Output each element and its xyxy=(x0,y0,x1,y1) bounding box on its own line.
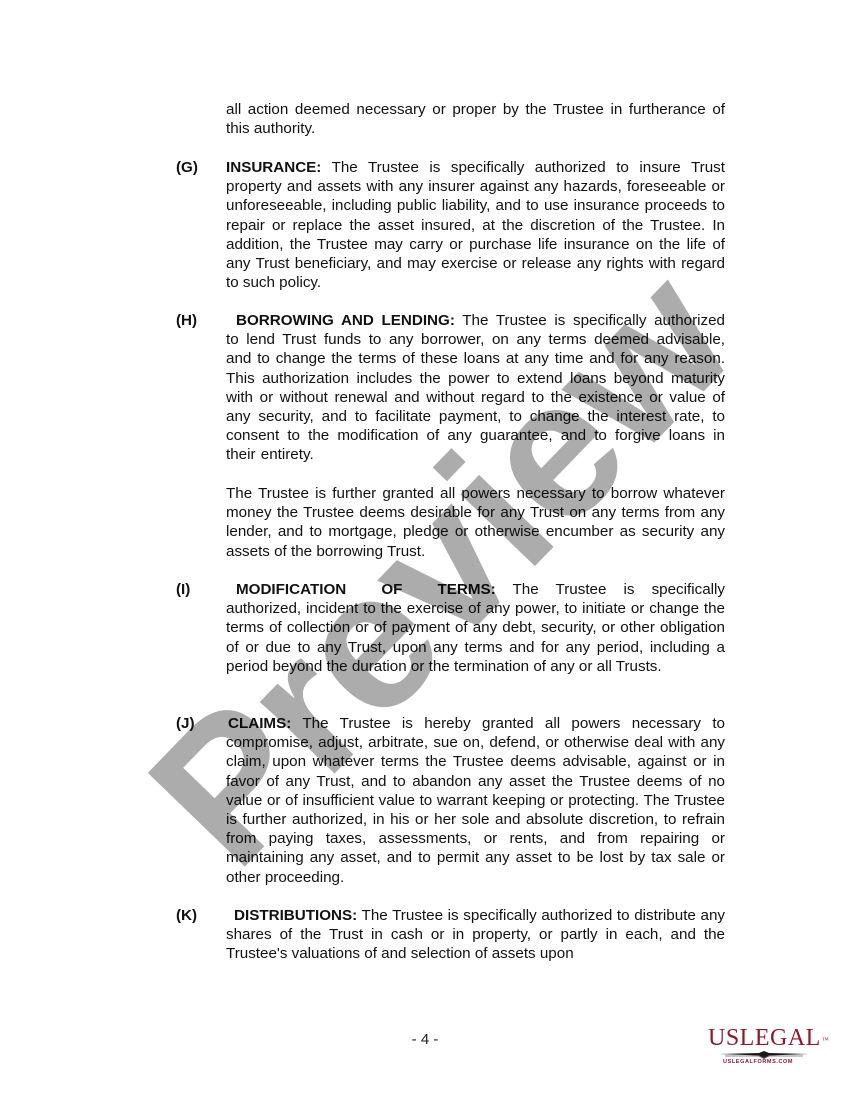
section-label-g: (G) xyxy=(176,158,198,177)
section-heading: INSURANCE: xyxy=(226,159,321,176)
section-label-h: (H) xyxy=(176,311,197,330)
uslegal-logo: USLEGAL™ USLEGALFORMS.COM xyxy=(705,1026,823,1070)
section-k-distributions: DISTRIBUTIONS: The Trustee is specifical… xyxy=(226,906,725,964)
eagle-wings-icon xyxy=(719,1051,809,1059)
section-i-modification-of-terms: MODIFICATION OF TERMS: The Trustee is sp… xyxy=(226,580,725,676)
section-heading: CLAIMS: xyxy=(228,715,291,732)
section-label-k: (K) xyxy=(176,906,197,925)
section-label-i: (I) xyxy=(176,580,190,599)
section-body: The Trustee is hereby granted all powers… xyxy=(226,715,725,886)
section-label-j: (J) xyxy=(176,714,195,733)
logo-url: USLEGALFORMS.COM xyxy=(723,1059,793,1065)
logo-wordmark: USLEGAL™ xyxy=(708,1026,829,1050)
section-h-borrowing-lending: BORROWING AND LENDING: The Trustee is sp… xyxy=(226,311,725,465)
section-j-claims: CLAIMS: The Trustee is hereby granted al… xyxy=(226,714,725,887)
document-page: all action deemed necessary or proper by… xyxy=(0,0,850,1100)
continuation-paragraph: all action deemed necessary or proper by… xyxy=(226,100,725,138)
section-heading: MODIFICATION OF TERMS: xyxy=(236,581,496,598)
section-h-extra-paragraph: The Trustee is further granted all power… xyxy=(226,484,725,561)
section-body: The Trustee is specifically authorized t… xyxy=(226,312,725,463)
section-body: The Trustee is specifically authorized t… xyxy=(226,159,725,291)
section-heading: BORROWING AND LENDING: xyxy=(236,312,455,329)
section-g-insurance: INSURANCE: The Trustee is specifically a… xyxy=(226,158,725,292)
section-heading: DISTRIBUTIONS: xyxy=(234,907,357,924)
